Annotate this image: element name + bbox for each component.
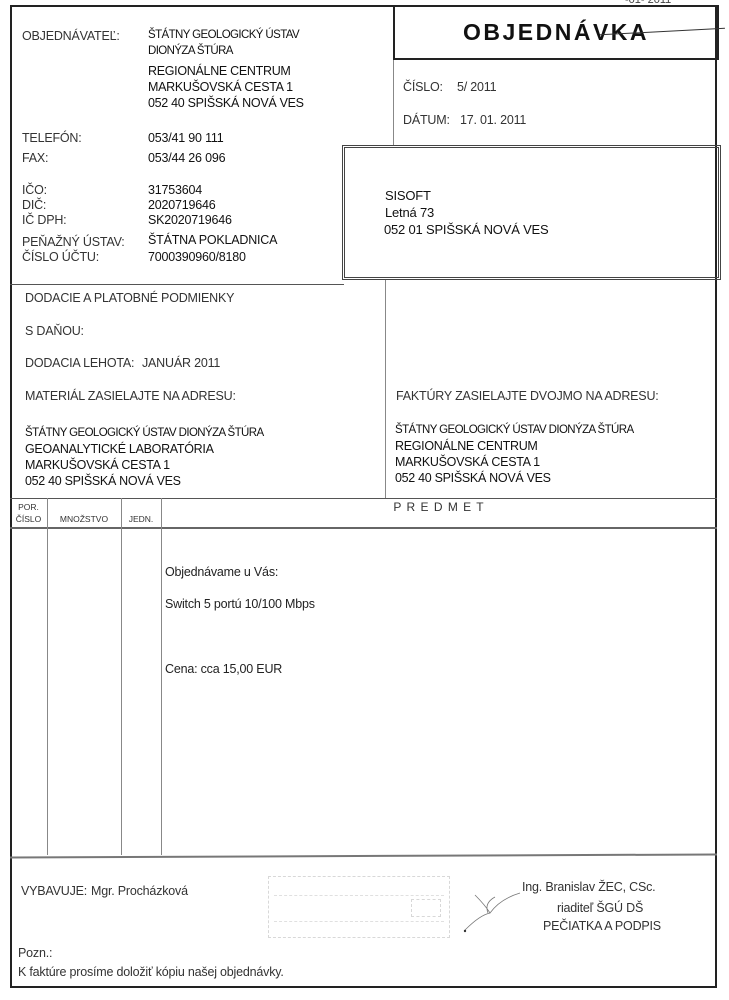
material-address-line3: MARKUŠOVSKÁ CESTA 1 <box>25 457 170 473</box>
signature-label: PEČIATKA A PODPIS <box>543 919 661 933</box>
note-label: Pozn.: <box>18 946 52 960</box>
col-header-por-line1: POR. <box>10 502 47 512</box>
col-header-por-line2: ČÍSLO <box>10 514 47 524</box>
invoice-address-line1: ŠTÁTNY GEOLOGICKÝ ÚSTAV DIONÝZA ŠTÚRA <box>395 422 634 438</box>
tax-label: S DAŇOU: <box>25 324 84 338</box>
phone-label: TELEFÓN: <box>22 131 82 145</box>
supplier-city: 052 01 SPIŠSKÁ NOVÁ VES <box>384 222 549 237</box>
date-label: DÁTUM: <box>403 113 450 127</box>
delivery-value: JANUÁR 2011 <box>142 356 220 370</box>
col-header-quantity: MNOŽSTVO <box>47 514 121 524</box>
material-label: MATERIÁL ZASIELAJTE NA ADRESU: <box>25 389 236 403</box>
bank-label: PEŇAŽNÝ ÚSTAV: <box>22 235 125 249</box>
fax-value: 053/44 26 096 <box>148 151 225 165</box>
orderer-label: OBJEDNÁVATEĽ: <box>22 29 120 43</box>
table-top-border <box>10 498 717 499</box>
orderer-address-line2: MARKUŠOVSKÁ CESTA 1 <box>148 79 293 95</box>
material-address-line1: ŠTÁTNY GEOLOGICKÝ ÚSTAV DIONÝZA ŠTÚRA <box>25 425 264 441</box>
supplier-name: SISOFT <box>385 188 431 203</box>
delivery-label: DODACIA LEHOTA: <box>25 356 134 370</box>
invoice-address-line2: REGIONÁLNE CENTRUM <box>395 438 538 454</box>
invoice-label: FAKTÚRY ZASIELAJTE DVOJMO NA ADRESU: <box>396 389 659 403</box>
handler-label: VYBAVUJE: <box>21 884 87 898</box>
ic-dph-value: SK2020719646 <box>148 213 232 227</box>
account-value: 7000390960/8180 <box>148 250 246 264</box>
column-divider-2 <box>121 498 122 855</box>
ico-label: IČO: <box>22 183 47 197</box>
signatory-title: riaditeľ ŠGÚ DŠ <box>557 901 643 915</box>
document-title: OBJEDNÁVKA <box>395 19 717 46</box>
order-price: Cena: cca 15,00 EUR <box>165 662 282 676</box>
divider-conditions-top <box>10 284 344 285</box>
invoice-address-line3: MARKUŠOVSKÁ CESTA 1 <box>395 454 540 470</box>
signatory-name: Ing. Branislav ŽEC, CSc. <box>522 880 655 894</box>
signature-icon <box>460 885 530 935</box>
phone-value: 053/41 90 111 <box>148 131 223 145</box>
col-header-unit: JEDN. <box>121 514 161 524</box>
faded-stamp <box>268 876 450 938</box>
note-text: K faktúre prosíme doložiť kópiu našej ob… <box>18 965 284 979</box>
material-address-line4: 052 40 SPIŠSKÁ NOVÁ VES <box>25 473 181 489</box>
handler-value: Mgr. Procházková <box>91 884 188 898</box>
orderer-address-line3: 052 40 SPIŠSKÁ NOVÁ VES <box>148 95 304 111</box>
number-value: 5/ 2011 <box>457 80 496 94</box>
divider-vertical-top <box>393 60 394 145</box>
fax-label: FAX: <box>22 151 48 165</box>
supplier-street: Letná 73 <box>385 205 434 220</box>
number-label: ČÍSLO: <box>403 80 443 94</box>
ic-dph-label: IČ DPH: <box>22 213 66 227</box>
orderer-name-line2: DIONÝZA ŠTÚRA <box>148 43 233 59</box>
material-address-line2: GEOANALYTICKÉ LABORATÓRIA <box>25 441 214 457</box>
orderer-name-line1: ŠTÁTNY GEOLOGICKÝ ÚSTAV <box>148 27 299 43</box>
invoice-address-line4: 052 40 SPIŠSKÁ NOVÁ VES <box>395 470 551 486</box>
date-value: 17. 01. 2011 <box>460 113 526 127</box>
account-label: ČÍSLO ÚČTU: <box>22 250 99 264</box>
divider-conditions-vertical <box>385 280 386 498</box>
table-header-bottom-border <box>10 527 717 529</box>
col-header-subject: P R E D M E T <box>161 500 717 514</box>
conditions-heading: DODACIE A PLATOBNÉ PODMIENKY <box>25 291 234 305</box>
title-box: OBJEDNÁVKA <box>393 5 719 60</box>
ico-value: 31753604 <box>148 183 202 197</box>
orderer-address-line1: REGIONÁLNE CENTRUM <box>148 63 291 79</box>
column-divider-1 <box>47 498 48 855</box>
dic-value: 2020719646 <box>148 198 216 212</box>
column-divider-3 <box>161 498 162 855</box>
dic-label: DIČ: <box>22 198 46 212</box>
order-item: Switch 5 portú 10/100 Mbps <box>165 597 315 611</box>
bank-value: ŠTÁTNA POKLADNICA <box>148 233 277 247</box>
order-intro: Objednávame u Vás: <box>165 565 278 579</box>
